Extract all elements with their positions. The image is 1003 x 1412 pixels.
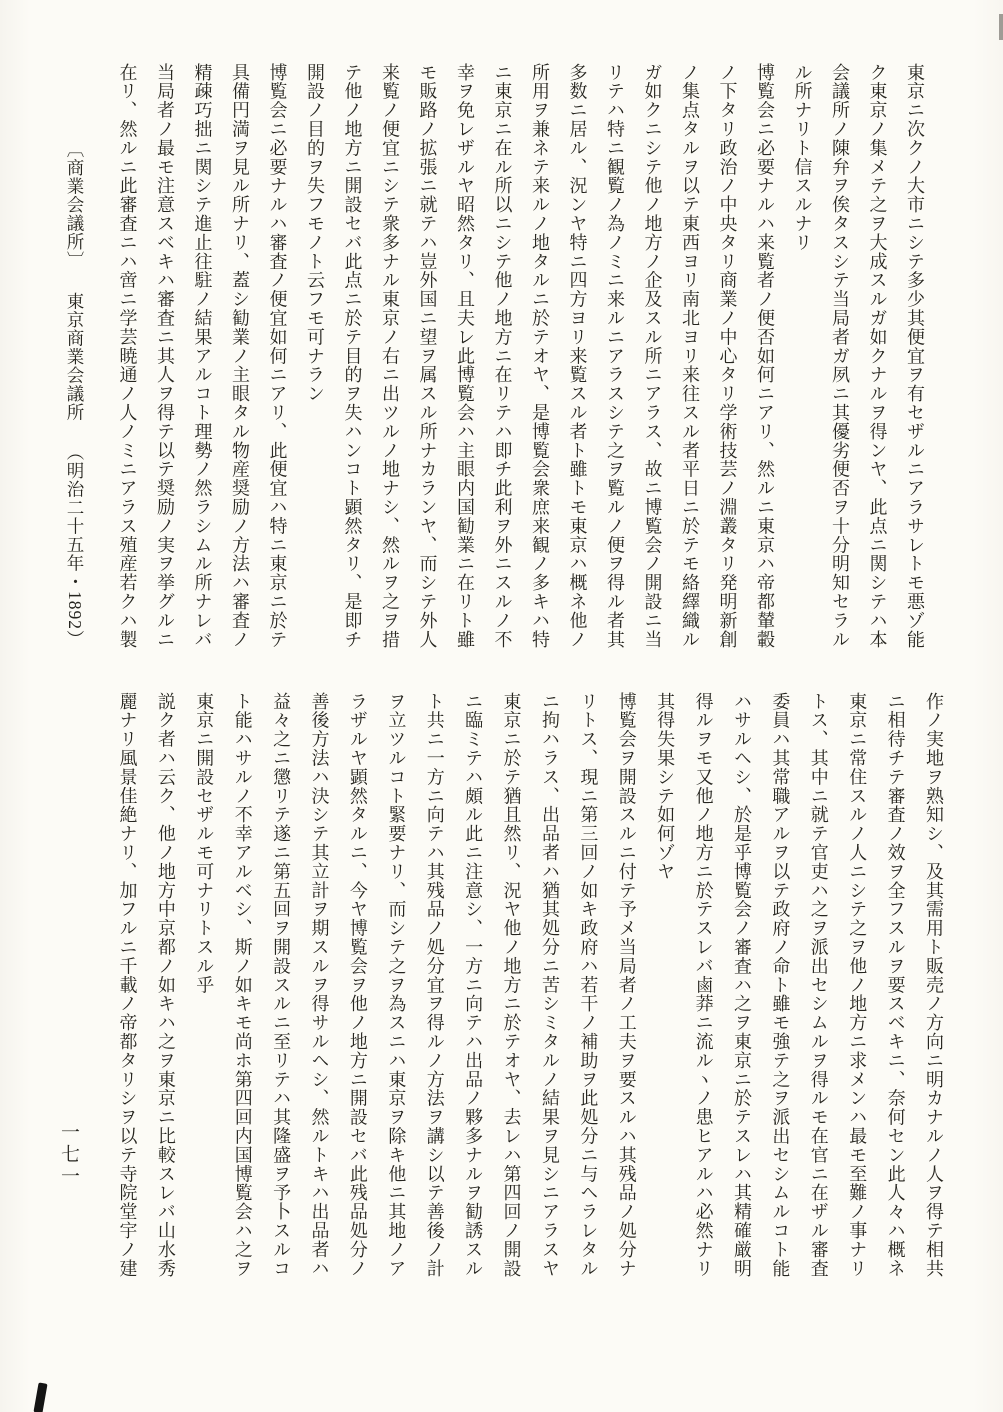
text-column: ト共ニ一方ニ向テハ其残品ノ処分宜ヲ得ルノ方法ヲ講シ以テ善後ノ計 bbox=[415, 692, 453, 1292]
text-column: リトス、現ニ第三回ノ如キ政府ハ若干ノ補助ヲ此処分ニ与ヘラレタル bbox=[569, 692, 607, 1292]
source-citation: 〔商業会議所〕東京商業会議所（明治二十五年・1892） bbox=[60, 140, 90, 610]
text-column: 説ク者ハ云ク、他ノ地方中京都ノ如キハ之ヲ東京ニ比較スレバ山水秀 bbox=[146, 692, 184, 1292]
text-column: ニ相待チテ審査ノ效ヲ全フスルヲ要スベキニ、奈何セン此人々ハ概ネ bbox=[876, 692, 914, 1292]
page-number: 一七一 bbox=[56, 1122, 80, 1188]
scan-artifact-corner bbox=[33, 1382, 47, 1412]
text-column: ヲ立ツルコト緊要ナリ、而シテ之ヲ為スニハ東京ヲ除キ他ニ其地ノア bbox=[377, 692, 415, 1292]
source-title: 東京商業会議所 bbox=[65, 292, 85, 422]
text-column: ハサルヘシ、於是乎博覧会ノ審査ハ之ヲ東京ニ於テスレハ其精確厳明 bbox=[723, 692, 761, 1292]
text-column: モ販路ノ拡張ニ就テハ豈外国ニ望ヲ属スル所ナカランヤ、而シテ外人 bbox=[408, 63, 446, 663]
text-column: ニ臨ミテハ頗ル此ニ注意シ、一方ニ向テハ出品ノ夥多ナルヲ勧誘スル bbox=[454, 692, 492, 1292]
text-column: ク東京ノ集メテ之ヲ大成スルガ如クナルヲ得ンヤ、此点ニ関シテハ本 bbox=[858, 63, 896, 663]
text-column: ノ下タリ政治ノ中央タリ商業ノ中心タリ学術技芸ノ淵叢タリ発明新創 bbox=[708, 63, 746, 663]
text-column: 在リ、然ルニ此審査ニハ啻ニ学芸暁通ノ人ノミニアラス殖産若クハ製 bbox=[108, 63, 146, 663]
text-column: 具備円満ヲ見ル所ナリ、蓋シ勧業ノ主眼タル物産奨励ノ方法ハ審査ノ bbox=[221, 63, 259, 663]
text-column: 精疎巧拙ニ関シテ進止往駐ノ結果アルコト理勢ノ然ラシムル所ナレバ bbox=[183, 63, 221, 663]
text-column: 当局者ノ最モ注意スベキハ審査ニ其人ヲ得テ以テ奨励ノ実ヲ挙グルニ bbox=[146, 63, 184, 663]
text-column: 東京ニ次クノ大市ニシテ多少其便宜ヲ有セザルニアラサレトモ悪ゾ能 bbox=[896, 63, 934, 663]
text-column: 東京ニ於テ猶且然リ、況ヤ他ノ地方ニ於テオヤ、去レハ第四回ノ開設 bbox=[492, 692, 530, 1292]
text-column: 幸ヲ免レザルヤ昭然タリ、且夫レ此博覧会ハ主眼内国勧業ニ在リト雖 bbox=[446, 63, 484, 663]
text-column: 東京ニ開設セザルモ可ナリトスル乎 bbox=[185, 692, 223, 1292]
scanned-document-page: 東京ニ次クノ大市ニシテ多少其便宜ヲ有セザルニアラサレトモ悪ゾ能ク東京ノ集メテ之ヲ… bbox=[0, 0, 1003, 1412]
text-column: ニ東京ニ在ル所以ニシテ他ノ地方ニ在リテハ即チ此利ヲ外ニスルノ不 bbox=[483, 63, 521, 663]
bottom-text-block: 作ノ実地ヲ熟知シ、及其需用ト販売ノ方向ニ明カナルノ人ヲ得テ相共ニ相待チテ審査ノ效… bbox=[103, 692, 953, 1292]
text-column: ニ拘ハラス、出品者ハ猶其処分ニ苦シミタルノ結果ヲ見シニアラスヤ bbox=[531, 692, 569, 1292]
text-column: トス、其中ニ就テ官吏ハ之ヲ派出セシムルヲ得ルモ在官ニ在ザル審査 bbox=[799, 692, 837, 1292]
text-column: 会議所ノ陳弁ヲ俟タスシテ当局者ガ夙ニ其優劣便否ヲ十分明知セラル bbox=[821, 63, 859, 663]
text-column: 善後方法ハ決シテ其立計ヲ期スルヲ得サルヘシ、然ルトキハ出品者ハ bbox=[300, 692, 338, 1292]
text-column: 作ノ実地ヲ熟知シ、及其需用ト販売ノ方向ニ明カナルノ人ヲ得テ相共 bbox=[915, 692, 953, 1292]
source-category-label: 〔商業会議所〕 bbox=[65, 140, 85, 270]
text-column: ル所ナリト信スルナリ bbox=[783, 63, 821, 663]
text-column: テ他ノ地方ニ開設セバ此点ニ於テ目的ヲ失ハンコト顕然タリ、是即チ bbox=[333, 63, 371, 663]
text-column: 博覧会ニ必要ナルハ来覧者ノ便否如何ニアリ、然ルニ東京ハ帝都輦轂 bbox=[746, 63, 784, 663]
text-column: 所用ヲ兼ネテ来ルノ地タルニ於テオヤ、是博覧会衆庶来観ノ多キハ特 bbox=[521, 63, 559, 663]
text-column: 委員ハ其常職アルヲ以テ政府ノ命ト雖モ強テ之ヲ派出セシムルコト能 bbox=[761, 692, 799, 1292]
text-column: 得ルヲモ又他ノ地方ニ於テスレバ鹵莽ニ流ルヽノ患ヒアルハ必然ナリ bbox=[684, 692, 722, 1292]
text-column: リテハ特ニ観覧ノ為ノミニ来ルニアラスシテ之ヲ覧ルノ便ヲ得ル者其 bbox=[596, 63, 634, 663]
text-column: ガ如クニシテ他ノ地方ノ企及スル所ニアラス、故ニ博覧会ノ開設ニ当 bbox=[633, 63, 671, 663]
text-column: 麗ナリ風景佳絶ナリ、加フルニ千載ノ帝都タリシヲ以テ寺院堂宇ノ建 bbox=[108, 692, 146, 1292]
top-text-block: 東京ニ次クノ大市ニシテ多少其便宜ヲ有セザルニアラサレトモ悪ゾ能ク東京ノ集メテ之ヲ… bbox=[103, 63, 933, 663]
text-column: 東京ニ常住スルノ人ニシテ之ヲ他ノ地方ニ求メンハ最モ至難ノ事ナリ bbox=[838, 692, 876, 1292]
text-column: ラザルヤ顕然タルニ、今ヤ博覧会ヲ他ノ地方ニ開設セバ此残品処分ノ bbox=[339, 692, 377, 1292]
text-column: 開設ノ目的ヲ失フモノト云フモ可ナラン bbox=[296, 63, 334, 663]
text-column: 来覧ノ便宜ニシテ衆多ナル東京ノ右ニ出ツルノ地ナシ、然ルヲ之ヲ措 bbox=[371, 63, 409, 663]
source-date: （明治二十五年・1892） bbox=[65, 443, 85, 649]
text-column: 博覧会ヲ開設スルニ付テ予メ当局者ノ工夫ヲ要スルハ其残品ノ処分ナ bbox=[607, 692, 645, 1292]
text-column: 多数ニ居ル、況ンヤ特ニ四方ヨリ来覧スル者ト雖トモ東京ハ概ネ他ノ bbox=[558, 63, 596, 663]
text-column: 益々之ニ懲リテ遂ニ第五回ヲ開設スルニ至リテハ其隆盛ヲ予卜スルコ bbox=[262, 692, 300, 1292]
text-column: 博覧会ニ必要ナルハ審査ノ便宜如何ニアリ、此便宜ハ特ニ東京ニ於テ bbox=[258, 63, 296, 663]
scan-artifact-edge bbox=[999, 14, 1003, 40]
text-column: 其得失果シテ如何ゾヤ bbox=[646, 692, 684, 1292]
text-column: ト能ハサルノ不幸アルベシ、斯ノ如キモ尚ホ第四回内国博覧会ハ之ヲ bbox=[223, 692, 261, 1292]
text-column: ノ集点タルヲ以テ東西ヨリ南北ヨリ来往スル者平日ニ於テモ絡繹織ル bbox=[671, 63, 709, 663]
